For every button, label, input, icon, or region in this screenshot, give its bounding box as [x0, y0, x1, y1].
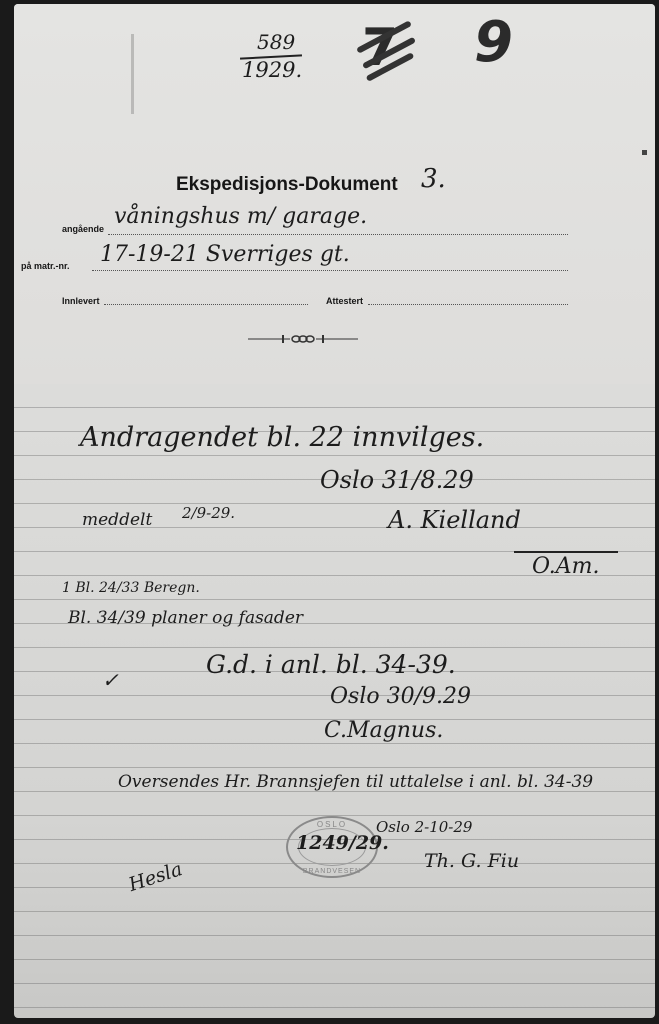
angaende-dotted-line: [108, 234, 568, 235]
folio-number: 9: [474, 10, 513, 75]
signature-magnus: C.Magnus.: [324, 718, 443, 743]
attestert-label: Attestert: [326, 296, 363, 306]
stamp-number: 1249/29.: [296, 832, 389, 854]
attestert-dotted-line: [368, 304, 568, 305]
decision-text: Andragendet bl. 22 innvilges.: [80, 422, 484, 453]
signature-kielland: A. Kielland: [388, 506, 521, 534]
innlevert-label: Innlevert: [62, 296, 100, 306]
forward-date: Oslo 2-10-29: [376, 818, 472, 836]
faint-pencil-mark: [131, 34, 134, 114]
matr-label: på matr.-nr.: [21, 261, 70, 271]
stamp-top-text: OSLO: [288, 820, 376, 829]
approval-date: Oslo 30/9.29: [330, 684, 471, 709]
note-planer: Bl. 34/39 planer og fasader: [68, 608, 303, 628]
matr-dotted-line: [92, 270, 568, 271]
note-beregn: 1 Bl. 24/33 Beregn.: [62, 580, 200, 596]
forward-note: Oversendes Hr. Brannsjefen til uttalelse…: [118, 772, 593, 792]
angaende-value: våningshus m/ garage.: [114, 204, 367, 229]
meddelt-label: meddelt: [82, 510, 152, 530]
document-page: 589 1929. 7 9 Ekspedisjons-Dokument 3. a…: [14, 4, 655, 1018]
document-title-number: 3.: [421, 164, 446, 194]
checkmark: ✓: [102, 668, 119, 692]
signature-underline: [514, 551, 618, 553]
corner-mark: [642, 150, 647, 155]
file-number: 589: [257, 30, 295, 54]
stamp-bottom-text: BRANDVESEN: [288, 868, 376, 875]
signature-oam: O.Am.: [532, 554, 599, 579]
angaende-label: angående: [62, 224, 104, 234]
approval-text: G.d. i anl. bl. 34-39.: [206, 650, 456, 679]
file-year: 1929.: [242, 58, 302, 82]
matr-value: 17-19-21 Sverriges gt.: [100, 242, 350, 267]
innlevert-dotted-line: [104, 304, 308, 305]
ornament-divider: [248, 334, 358, 344]
meddelt-date: 2/9-29.: [182, 504, 235, 522]
signature-fiu: Th. G. Fiu: [424, 850, 519, 872]
document-title: Ekspedisjons-Dokument: [176, 174, 398, 196]
decision-date: Oslo 31/8.29: [320, 466, 474, 494]
